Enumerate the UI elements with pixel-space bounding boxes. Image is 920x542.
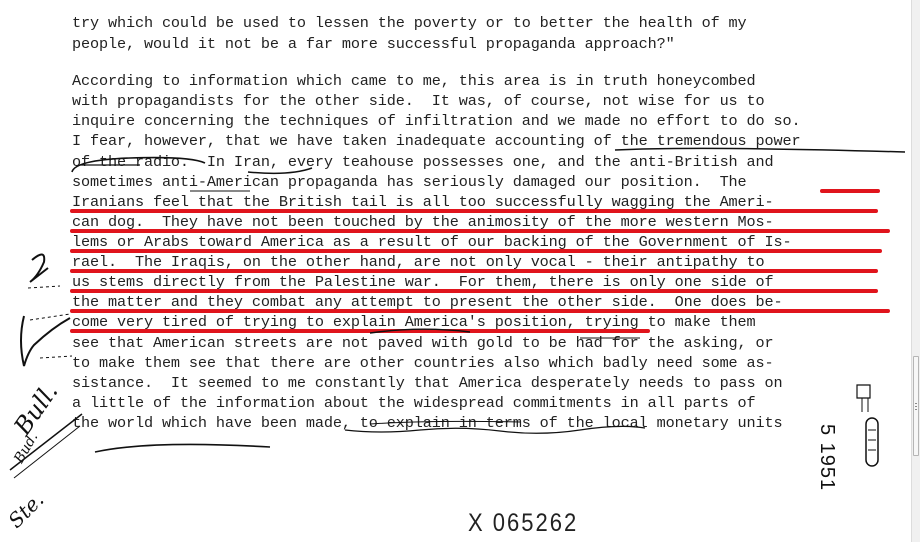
grip-line	[915, 403, 917, 404]
document-number: X 065262	[468, 508, 578, 538]
handwritten-ink-marks	[0, 0, 912, 542]
vertical-scrollbar[interactable]	[911, 0, 920, 542]
grip-line	[915, 406, 917, 407]
scrollbar-thumb[interactable]	[913, 356, 919, 456]
document-page: try which could be used to lessen the po…	[0, 0, 912, 542]
grip-line	[915, 409, 917, 410]
received-date-stamp: 5 1951	[815, 424, 838, 491]
